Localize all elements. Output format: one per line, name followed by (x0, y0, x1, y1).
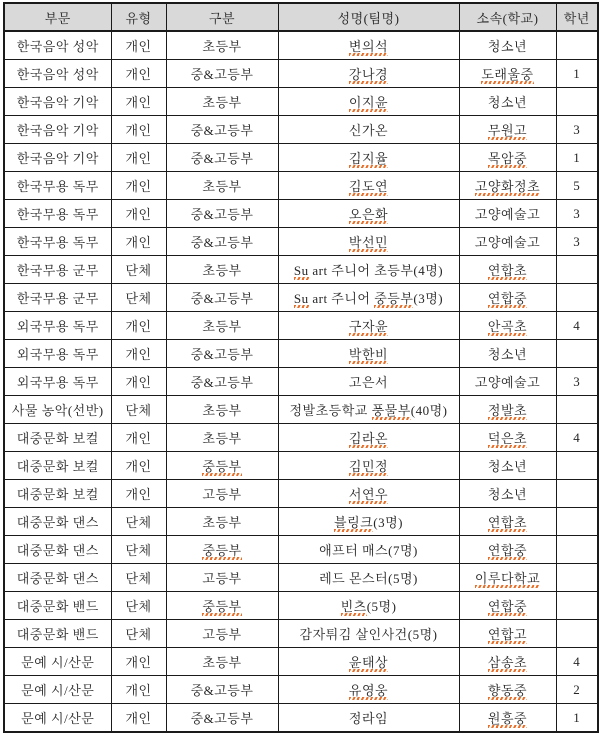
cell-text: 초등부 (202, 95, 241, 110)
cell-text: 개인 (125, 711, 151, 726)
cell-name: 서연우 (278, 480, 459, 508)
misspelled-text: 박선민 (349, 235, 388, 252)
cell-school: 청소년 (459, 480, 556, 508)
misspelled-text: 김지율 (349, 151, 388, 168)
cell-text: 개인 (125, 95, 151, 110)
column-header-division: 부문 (4, 3, 111, 31)
cell-category: 초등부 (166, 312, 278, 340)
cell-name: 고은서 (278, 368, 459, 396)
cell-name: 변의석 (278, 31, 459, 60)
misspelled-text: 오은화 (349, 207, 388, 224)
misspelled-text: 변의석 (349, 39, 388, 56)
misspelled-text: 안곡초 (488, 319, 527, 336)
cell-text: 중&고등부 (191, 711, 254, 726)
cell-name: 레드 몬스터(5명) (278, 564, 459, 592)
cell-name: 구자윤 (278, 312, 459, 340)
cell-text: 중&고등부 (191, 151, 254, 166)
column-header-school: 소속(학교) (459, 3, 556, 31)
cell-division: 한국무용 독무 (4, 228, 111, 256)
table-body: 한국음악 성악개인초등부변의석청소년한국음악 성악개인중&고등부강나경도래울중1… (4, 31, 598, 732)
cell-text: 외국무용 독무 (17, 375, 99, 390)
cell-name: 신가온 (278, 116, 459, 144)
cell-grade (556, 452, 598, 480)
cell-text: (3명) (373, 515, 403, 530)
cell-category: 중&고등부 (166, 284, 278, 312)
cell-text: 개인 (125, 683, 151, 698)
cell-text: (3명) (413, 291, 443, 306)
cell-category: 초등부 (166, 508, 278, 536)
cell-category: 초등부 (166, 648, 278, 676)
cell-school: 청소년 (459, 88, 556, 116)
misspelled-text: 무원고 (488, 123, 527, 140)
cell-text: 한국무용 군무 (17, 291, 99, 306)
cell-category: 중&고등부 (166, 676, 278, 704)
table-row: 문예 시/산문개인중&고등부정라임원흥중1 (4, 704, 598, 733)
cell-text: 한국무용 군무 (17, 263, 99, 278)
cell-text: 초등부 (202, 39, 241, 54)
cell-school: 연합초 (459, 508, 556, 536)
column-header-type: 유형 (111, 3, 166, 31)
cell-text: 대중문화 보컬 (17, 459, 99, 474)
cell-category: 중등부 (166, 592, 278, 620)
table-row: 한국무용 독무개인중&고등부오은화고양예술고3 (4, 200, 598, 228)
cell-school: 고양예술고 (459, 200, 556, 228)
table-row: 문예 시/산문개인중&고등부유영웅향동중2 (4, 676, 598, 704)
misspelled-text: 풍물부 (372, 403, 411, 420)
cell-name: 정라임 (278, 704, 459, 733)
cell-school: 목암중 (459, 144, 556, 172)
cell-category: 중&고등부 (166, 368, 278, 396)
cell-school: 무원고 (459, 116, 556, 144)
cell-category: 중&고등부 (166, 228, 278, 256)
table-row: 한국무용 독무개인중&고등부박선민고양예술고3 (4, 228, 598, 256)
cell-division: 한국음악 기악 (4, 144, 111, 172)
cell-text: 단체 (125, 403, 151, 418)
cell-category: 초등부 (166, 172, 278, 200)
cell-division: 문예 시/산문 (4, 676, 111, 704)
cell-name: Su art 주니어 중등부(3명) (278, 284, 459, 312)
cell-school: 청소년 (459, 340, 556, 368)
cell-text: 감자튀김 살인사건(5명) (300, 627, 438, 642)
cell-text: 애프터 매스(7명) (319, 543, 418, 558)
cell-division: 대중문화 보컬 (4, 480, 111, 508)
cell-text: 개인 (125, 319, 151, 334)
cell-text: 중&고등부 (191, 347, 254, 362)
table-row: 대중문화 밴드단체고등부감자튀김 살인사건(5명)연합고 (4, 620, 598, 648)
cell-text: 개인 (125, 179, 151, 194)
cell-text: 사물 농악(선반) (12, 403, 104, 418)
cell-name: 감자튀김 살인사건(5명) (278, 620, 459, 648)
cell-type: 단체 (111, 396, 166, 424)
cell-division: 대중문화 밴드 (4, 620, 111, 648)
cell-text: 초등부 (202, 515, 241, 530)
table-row: 한국음악 성악개인초등부변의석청소년 (4, 31, 598, 60)
cell-text: 초등부 (202, 319, 241, 334)
misspelled-text: 향동중 (488, 683, 527, 700)
cell-grade (556, 508, 598, 536)
cell-category: 중&고등부 (166, 340, 278, 368)
cell-text: 중&고등부 (191, 683, 254, 698)
cell-text: 3 (573, 234, 580, 249)
cell-category: 중&고등부 (166, 144, 278, 172)
misspelled-text: 블링크 (334, 515, 373, 532)
misspelled-text: 구자윤 (349, 319, 388, 336)
cell-name: 빈츠(5명) (278, 592, 459, 620)
cell-text: 개인 (125, 235, 151, 250)
cell-grade (556, 536, 598, 564)
cell-text: 고양예술고 (475, 207, 540, 222)
cell-type: 개인 (111, 144, 166, 172)
cell-text: (40명) (411, 403, 448, 418)
misspelled-text: 이지윤 (349, 95, 388, 112)
cell-text: 중&고등부 (191, 207, 254, 222)
table-row: 대중문화 댄스단체중등부애프터 매스(7명)연합중 (4, 536, 598, 564)
table-row: 대중문화 보컬개인고등부서연우청소년 (4, 480, 598, 508)
table-header: 부문 유형 구분 성명(팀명) 소속(학교) 학년 (4, 3, 598, 31)
misspelled-text: 고양화정초 (475, 179, 540, 196)
misspelled-text: 중등부 (202, 459, 241, 476)
cell-text: 대중문화 보컬 (17, 431, 99, 446)
misspelled-text: Su (294, 291, 309, 308)
cell-text: 단체 (125, 263, 151, 278)
cell-division: 한국무용 독무 (4, 172, 111, 200)
cell-text: 개인 (125, 207, 151, 222)
cell-text: 3 (573, 374, 580, 389)
cell-division: 한국무용 군무 (4, 284, 111, 312)
cell-text: 한국무용 독무 (17, 235, 99, 250)
cell-school: 고양예술고 (459, 228, 556, 256)
cell-school: 덕은초 (459, 424, 556, 452)
cell-school: 연합중 (459, 284, 556, 312)
misspelled-text: 연합중 (488, 599, 527, 616)
cell-name: 김라온 (278, 424, 459, 452)
table-row: 한국음악 성악개인중&고등부강나경도래울중1 (4, 60, 598, 88)
cell-text: 중&고등부 (191, 375, 254, 390)
cell-division: 한국음악 기악 (4, 116, 111, 144)
cell-text: 1 (573, 66, 580, 81)
cell-type: 개인 (111, 648, 166, 676)
cell-grade (556, 31, 598, 60)
cell-grade: 3 (556, 228, 598, 256)
table-row: 대중문화 보컬개인초등부김라온덕은초4 (4, 424, 598, 452)
cell-type: 단체 (111, 508, 166, 536)
misspelled-text: 중등부 (202, 599, 241, 616)
cell-text: 4 (573, 654, 580, 669)
cell-name: 김지율 (278, 144, 459, 172)
cell-text: 대중문화 댄스 (17, 515, 99, 530)
cell-text: 한국음악 기악 (17, 151, 99, 166)
cell-category: 초등부 (166, 31, 278, 60)
table-row: 대중문화 댄스단체고등부레드 몬스터(5명)이루다학교 (4, 564, 598, 592)
cell-text: 1 (573, 150, 580, 165)
cell-text: 단체 (125, 543, 151, 558)
misspelled-text: 서연우 (349, 487, 388, 504)
misspelled-text: 삼송초 (488, 655, 527, 672)
cell-grade (556, 564, 598, 592)
cell-text: 청소년 (488, 487, 527, 502)
cell-text: 단체 (125, 571, 151, 586)
cell-text: 대중문화 밴드 (17, 599, 99, 614)
cell-school: 연합고 (459, 620, 556, 648)
table-row: 대중문화 댄스단체초등부블링크(3명)연합초 (4, 508, 598, 536)
cell-text: art 주니어 초등부(4명) (309, 263, 444, 278)
cell-text: 한국음악 성악 (17, 39, 99, 54)
table-row: 한국음악 기악개인중&고등부신가온무원고3 (4, 116, 598, 144)
cell-division: 문예 시/산문 (4, 704, 111, 733)
cell-category: 중&고등부 (166, 60, 278, 88)
cell-division: 대중문화 댄스 (4, 536, 111, 564)
column-header-category: 구분 (166, 3, 278, 31)
cell-text: 외국무용 독무 (17, 347, 99, 362)
table-row: 한국음악 기악개인중&고등부김지율목암중1 (4, 144, 598, 172)
misspelled-text: 김도연 (349, 179, 388, 196)
cell-type: 단체 (111, 284, 166, 312)
cell-text: 2 (573, 682, 580, 697)
cell-text: 청소년 (488, 39, 527, 54)
cell-text: 청소년 (488, 459, 527, 474)
cell-name: 김민정 (278, 452, 459, 480)
cell-name: 박한비 (278, 340, 459, 368)
cell-text: 고양예술고 (475, 375, 540, 390)
cell-category: 고등부 (166, 480, 278, 508)
cell-division: 외국무용 독무 (4, 368, 111, 396)
cell-type: 개인 (111, 200, 166, 228)
cell-grade: 3 (556, 200, 598, 228)
cell-text: 개인 (125, 655, 151, 670)
table-row: 한국무용 군무단체초등부Su art 주니어 초등부(4명)연합초 (4, 256, 598, 284)
cell-school: 이루다학교 (459, 564, 556, 592)
misspelled-text: 강나경 (349, 67, 388, 84)
cell-category: 고등부 (166, 620, 278, 648)
cell-school: 연합중 (459, 592, 556, 620)
table-row: 대중문화 보컬개인중등부김민정청소년 (4, 452, 598, 480)
cell-text: 한국음악 성악 (17, 67, 99, 82)
column-header-grade: 학년 (556, 3, 598, 31)
cell-name: Su art 주니어 초등부(4명) (278, 256, 459, 284)
cell-division: 한국무용 군무 (4, 256, 111, 284)
misspelled-text: 김라온 (349, 431, 388, 448)
cell-text: 5 (573, 178, 580, 193)
cell-text: 단체 (125, 515, 151, 530)
cell-division: 대중문화 댄스 (4, 508, 111, 536)
cell-text: 개인 (125, 67, 151, 82)
cell-grade (556, 340, 598, 368)
cell-text: 고등부 (202, 571, 241, 586)
cell-text: 대중문화 댄스 (17, 543, 99, 558)
cell-grade: 1 (556, 144, 598, 172)
cell-type: 개인 (111, 228, 166, 256)
cell-grade (556, 284, 598, 312)
header-row: 부문 유형 구분 성명(팀명) 소속(학교) 학년 (4, 3, 598, 31)
cell-text: 개인 (125, 123, 151, 138)
cell-division: 한국음악 성악 (4, 60, 111, 88)
cell-text: 개인 (125, 39, 151, 54)
cell-text: 청소년 (488, 95, 527, 110)
cell-text: 단체 (125, 599, 151, 614)
cell-school: 청소년 (459, 31, 556, 60)
cell-division: 문예 시/산문 (4, 648, 111, 676)
cell-school: 삼송초 (459, 648, 556, 676)
cell-category: 중&고등부 (166, 200, 278, 228)
cell-division: 대중문화 댄스 (4, 564, 111, 592)
cell-text: 4 (573, 430, 580, 445)
table-row: 한국무용 독무개인초등부김도연고양화정초5 (4, 172, 598, 200)
misspelled-text: 연합중 (488, 543, 527, 560)
cell-name: 오은화 (278, 200, 459, 228)
cell-text: 청소년 (488, 347, 527, 362)
misspelled-text: 정발초 (488, 403, 527, 420)
cell-school: 안곡초 (459, 312, 556, 340)
cell-text: 한국음악 기악 (17, 95, 99, 110)
cell-school: 고양예술고 (459, 368, 556, 396)
cell-category: 중등부 (166, 536, 278, 564)
cell-text: 중&고등부 (191, 123, 254, 138)
misspelled-text: 도래울중 (481, 67, 533, 84)
cell-text: 초등부 (202, 263, 241, 278)
table-row: 한국무용 군무단체중&고등부Su art 주니어 중등부(3명)연합중 (4, 284, 598, 312)
cell-division: 사물 농악(선반) (4, 396, 111, 424)
cell-text: 단체 (125, 291, 151, 306)
cell-category: 고등부 (166, 564, 278, 592)
cell-text: (5명) (367, 599, 397, 614)
cell-text: 고등부 (202, 487, 241, 502)
table-row: 대중문화 밴드단체중등부빈츠(5명)연합중 (4, 592, 598, 620)
table-row: 외국무용 독무개인중&고등부고은서고양예술고3 (4, 368, 598, 396)
misspelled-text: 유영웅 (349, 683, 388, 700)
cell-type: 개인 (111, 340, 166, 368)
cell-text: 한국음악 기악 (17, 123, 99, 138)
cell-text: 중&고등부 (191, 235, 254, 250)
table-row: 외국무용 독무개인초등부구자윤안곡초4 (4, 312, 598, 340)
misspelled-text: 연합초 (488, 263, 527, 280)
cell-text: 고등부 (202, 627, 241, 642)
cell-grade: 5 (556, 172, 598, 200)
cell-category: 중&고등부 (166, 704, 278, 733)
cell-text: 3 (573, 206, 580, 221)
cell-grade (556, 480, 598, 508)
cell-text: 문예 시/산문 (21, 683, 94, 698)
cell-category: 초등부 (166, 424, 278, 452)
cell-school: 연합초 (459, 256, 556, 284)
cell-type: 개인 (111, 172, 166, 200)
cell-school: 정발초 (459, 396, 556, 424)
cell-grade: 4 (556, 424, 598, 452)
cell-type: 개인 (111, 480, 166, 508)
cell-school: 도래울중 (459, 60, 556, 88)
cell-text: 개인 (125, 459, 151, 474)
misspelled-text: 박한비 (349, 347, 388, 364)
cell-type: 개인 (111, 88, 166, 116)
cell-text: 고은서 (349, 375, 388, 390)
cell-type: 단체 (111, 592, 166, 620)
table-row: 사물 농악(선반)단체초등부정발초등학교 풍물부(40명)정발초 (4, 396, 598, 424)
misspelled-text: 빈츠 (341, 599, 367, 616)
cell-text: 중&고등부 (191, 67, 254, 82)
cell-text: 문예 시/산문 (21, 655, 94, 670)
cell-category: 중&고등부 (166, 116, 278, 144)
cell-division: 외국무용 독무 (4, 340, 111, 368)
table-row: 문예 시/산문개인초등부윤태상삼송초4 (4, 648, 598, 676)
cell-name: 김도연 (278, 172, 459, 200)
cell-grade (556, 256, 598, 284)
cell-grade: 3 (556, 116, 598, 144)
misspelled-text: 중등부 (374, 291, 413, 308)
cell-text: 문예 시/산문 (21, 711, 94, 726)
cell-type: 단체 (111, 536, 166, 564)
cell-name: 강나경 (278, 60, 459, 88)
misspelled-text: 덕은초 (488, 431, 527, 448)
cell-type: 개인 (111, 452, 166, 480)
table-row: 한국음악 기악개인초등부이지윤청소년 (4, 88, 598, 116)
cell-type: 개인 (111, 312, 166, 340)
cell-grade: 1 (556, 60, 598, 88)
cell-type: 단체 (111, 564, 166, 592)
cell-name: 윤태상 (278, 648, 459, 676)
misspelled-text: 중등부 (202, 543, 241, 560)
cell-type: 개인 (111, 676, 166, 704)
cell-text: 초등부 (202, 403, 241, 418)
cell-school: 청소년 (459, 452, 556, 480)
cell-grade: 2 (556, 676, 598, 704)
cell-type: 개인 (111, 116, 166, 144)
cell-division: 외국무용 독무 (4, 312, 111, 340)
cell-grade (556, 88, 598, 116)
cell-text: 대중문화 댄스 (17, 571, 99, 586)
misspelled-text: 목암중 (488, 151, 527, 168)
cell-text: 외국무용 독무 (17, 319, 99, 334)
cell-school: 고양화정초 (459, 172, 556, 200)
cell-type: 개인 (111, 60, 166, 88)
misspelled-text: 연합초 (488, 515, 527, 532)
cell-type: 단체 (111, 620, 166, 648)
cell-text: 개인 (125, 347, 151, 362)
cell-text: 한국무용 독무 (17, 207, 99, 222)
cell-text: 초등부 (202, 655, 241, 670)
cell-category: 중등부 (166, 452, 278, 480)
misspelled-text: 윤태상 (349, 655, 388, 672)
cell-name: 이지윤 (278, 88, 459, 116)
cell-text: 고양예술고 (475, 235, 540, 250)
cell-grade: 3 (556, 368, 598, 396)
cell-category: 초등부 (166, 88, 278, 116)
cell-name: 애프터 매스(7명) (278, 536, 459, 564)
column-header-name: 성명(팀명) (278, 3, 459, 31)
cell-text: art 주니어 (309, 291, 375, 306)
cell-text: 레드 몬스터(5명) (319, 571, 418, 586)
cell-name: 유영웅 (278, 676, 459, 704)
cell-text: 3 (573, 122, 580, 137)
cell-school: 향동중 (459, 676, 556, 704)
misspelled-text: 김민정 (349, 459, 388, 476)
cell-type: 개인 (111, 704, 166, 733)
cell-grade (556, 592, 598, 620)
table-row: 외국무용 독무개인중&고등부박한비청소년 (4, 340, 598, 368)
cell-grade (556, 396, 598, 424)
misspelled-text: 연합고 (488, 627, 527, 644)
cell-division: 대중문화 보컬 (4, 424, 111, 452)
cell-text: 단체 (125, 627, 151, 642)
cell-type: 개인 (111, 424, 166, 452)
cell-division: 한국음악 기악 (4, 88, 111, 116)
cell-name: 블링크(3명) (278, 508, 459, 536)
cell-grade: 4 (556, 648, 598, 676)
cell-text: 대중문화 보컬 (17, 487, 99, 502)
cell-name: 박선민 (278, 228, 459, 256)
misspelled-text: 원흥중 (488, 711, 527, 728)
cell-category: 초등부 (166, 396, 278, 424)
cell-text: 4 (573, 318, 580, 333)
cell-text: 대중문화 밴드 (17, 627, 99, 642)
